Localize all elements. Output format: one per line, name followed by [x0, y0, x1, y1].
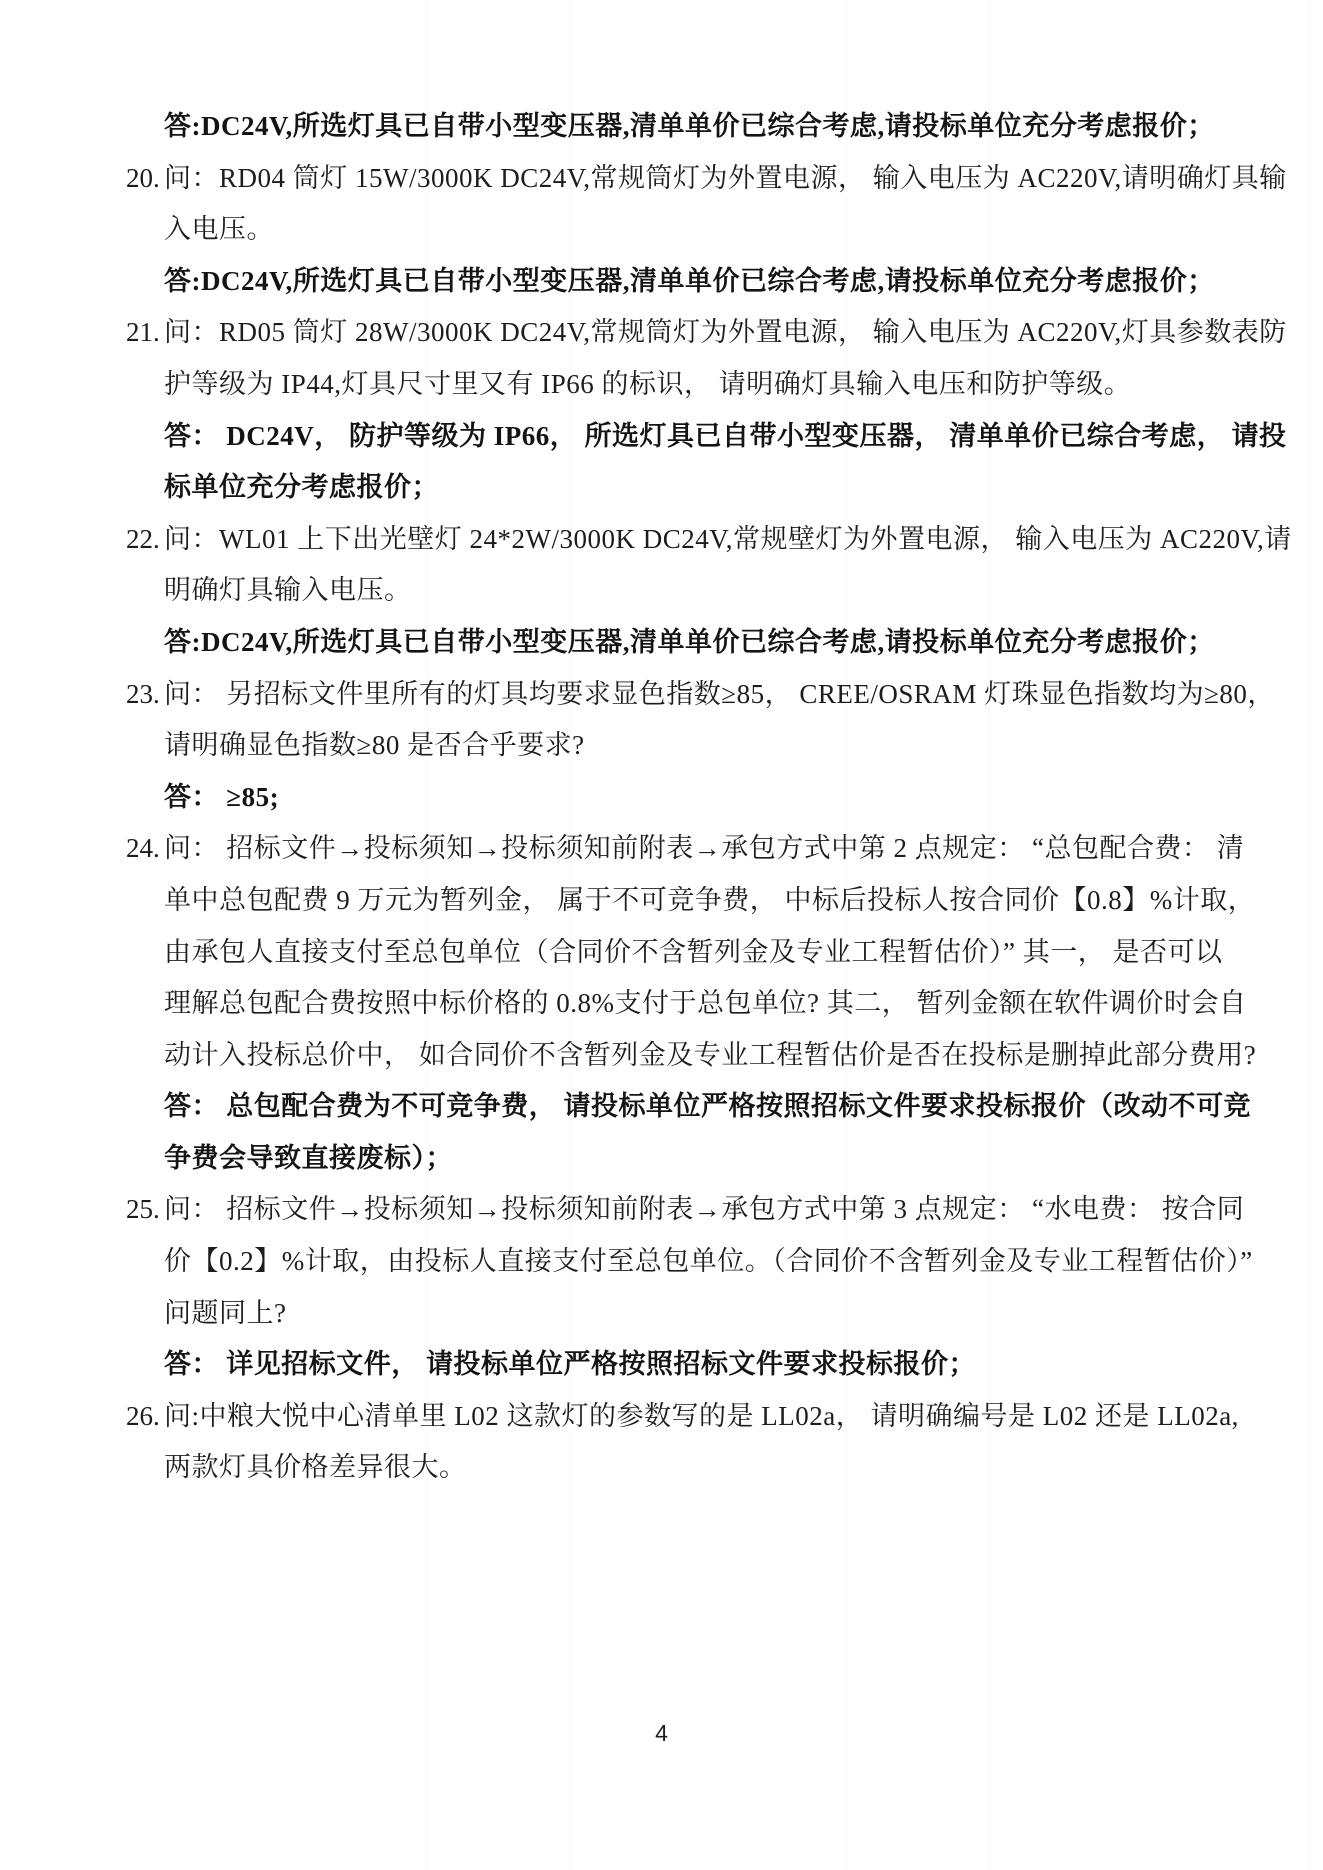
line-text: 答： 详见招标文件， 请投标单位严格按照招标文件要求投标报价； [164, 1349, 976, 1379]
line-text: 动计入投标总价中， 如合同价不含暂列金及专业工程暂估价是否在投标是删掉此部分费用… [164, 1040, 1256, 1070]
line-text: 问： 招标文件→投标须知→投标须知前附表→承包方式中第 3 点规定： “水电费：… [164, 1194, 1244, 1224]
document-line: 入电压。 [164, 204, 1292, 256]
document-lines: 答:DC24V,所选灯具已自带小型变压器,清单单价已综合考虑,请投标单位充分考虑… [0, 101, 1292, 1494]
line-item-number: 21. [126, 307, 160, 359]
document-line: 动计入投标总价中， 如合同价不含暂列金及专业工程暂估价是否在投标是删掉此部分费用… [164, 1030, 1292, 1082]
line-item-number: 22. [126, 514, 160, 566]
line-text: 问： 另招标文件里所有的灯具均要求显色指数≥85， CREE/OSRAM 灯珠显… [164, 679, 1275, 709]
document-line: 答:DC24V,所选灯具已自带小型变压器,清单单价已综合考虑,请投标单位充分考虑… [164, 101, 1292, 153]
page-number: 4 [0, 1720, 1323, 1747]
line-text: 由承包人直接支付至总包单位（合同价不含暂列金及专业工程暂估价）” 其一， 是否可… [164, 937, 1222, 967]
line-item-number: 20. [126, 153, 160, 205]
document-line: 争费会导致直接废标）； [164, 1133, 1292, 1185]
document-line: 答:DC24V,所选灯具已自带小型变压器,清单单价已综合考虑,请投标单位充分考虑… [164, 256, 1292, 308]
line-text: 理解总包配合费按照中标价格的 0.8%支付于总包单位? 其二， 暂列金额在软件调… [164, 988, 1246, 1018]
document-line: 26. 问:中粮大悦中心清单里 L02 这款灯的参数写的是 LL02a， 请明确… [164, 1391, 1292, 1443]
line-text: 请明确显色指数≥80 是否合乎要求? [164, 730, 585, 760]
line-text: 护等级为 IP44,灯具尺寸里又有 IP66 的标识， 请明确灯具输入电压和防护… [164, 369, 1131, 399]
document-line: 25. 问： 招标文件→投标须知→投标须知前附表→承包方式中第 3 点规定： “… [164, 1184, 1292, 1236]
document-line: 价【0.2】%计取，由投标人直接支付至总包单位。（合同价不含暂列金及专业工程暂估… [164, 1236, 1292, 1288]
line-text: 答:DC24V,所选灯具已自带小型变压器,清单单价已综合考虑,请投标单位充分考虑… [164, 111, 1215, 141]
line-item-number: 23. [126, 669, 160, 721]
document-line: 答： 总包配合费为不可竞争费， 请投标单位严格按照招标文件要求投标报价（改动不可… [164, 1081, 1292, 1133]
document-line: 答:DC24V,所选灯具已自带小型变压器,清单单价已综合考虑,请投标单位充分考虑… [164, 617, 1292, 669]
line-text: 标单位充分考虑报价； [164, 472, 439, 502]
line-text: 问：RD05 筒灯 28W/3000K DC24V,常规筒灯为外置电源， 输入电… [164, 317, 1287, 347]
document-line: 两款灯具价格差异很大。 [164, 1442, 1292, 1494]
document-line: 由承包人直接支付至总包单位（合同价不含暂列金及专业工程暂估价）” 其一， 是否可… [164, 927, 1292, 979]
line-text: 问:中粮大悦中心清单里 L02 这款灯的参数写的是 LL02a， 请明确编号是 … [164, 1401, 1239, 1431]
document-line: 23. 问： 另招标文件里所有的灯具均要求显色指数≥85， CREE/OSRAM… [164, 669, 1292, 721]
line-item-number: 25. [126, 1184, 160, 1236]
document-line: 答： ≥85; [164, 772, 1292, 824]
document-line: 22. 问：WL01 上下出光壁灯 24*2W/3000K DC24V,常规壁灯… [164, 514, 1292, 566]
line-item-number: 24. [126, 823, 160, 875]
document-line: 护等级为 IP44,灯具尺寸里又有 IP66 的标识， 请明确灯具输入电压和防护… [164, 359, 1292, 411]
document-line: 20. 问：RD04 筒灯 15W/3000K DC24V,常规筒灯为外置电源，… [164, 153, 1292, 205]
line-text: 入电压。 [164, 214, 274, 244]
line-text: 两款灯具价格差异很大。 [164, 1452, 467, 1482]
document-line: 理解总包配合费按照中标价格的 0.8%支付于总包单位? 其二， 暂列金额在软件调… [164, 978, 1292, 1030]
document-line: 单中总包配费 9 万元为暂列金， 属于不可竞争费， 中标后投标人按合同价【0.8… [164, 875, 1292, 927]
document-line: 24. 问： 招标文件→投标须知→投标须知前附表→承包方式中第 2 点规定： “… [164, 823, 1292, 875]
document-line: 问题同上? [164, 1288, 1292, 1340]
line-text: 答： 总包配合费为不可竞争费， 请投标单位严格按照招标文件要求投标报价（改动不可… [164, 1091, 1251, 1121]
line-text: 答： ≥85; [164, 782, 279, 812]
scanned-document-page: 答:DC24V,所选灯具已自带小型变压器,清单单价已综合考虑,请投标单位充分考虑… [0, 0, 1323, 1870]
document-line: 明确灯具输入电压。 [164, 565, 1292, 617]
document-line: 答： DC24V， 防护等级为 IP66， 所选灯具已自带小型变压器， 清单单价… [164, 411, 1292, 463]
line-text: 问：RD04 筒灯 15W/3000K DC24V,常规筒灯为外置电源， 输入电… [164, 163, 1287, 193]
line-text: 争费会导致直接废标）； [164, 1143, 453, 1173]
line-text: 问题同上? [164, 1298, 286, 1328]
line-text: 答： DC24V， 防护等级为 IP66， 所选灯具已自带小型变压器， 清单单价… [164, 421, 1287, 451]
line-text: 答:DC24V,所选灯具已自带小型变压器,清单单价已综合考虑,请投标单位充分考虑… [164, 266, 1215, 296]
line-text: 明确灯具输入电压。 [164, 575, 412, 605]
line-text: 单中总包配费 9 万元为暂列金， 属于不可竞争费， 中标后投标人按合同价【0.8… [164, 885, 1255, 915]
line-text: 答:DC24V,所选灯具已自带小型变压器,清单单价已综合考虑,请投标单位充分考虑… [164, 627, 1215, 657]
line-text: 问：WL01 上下出光壁灯 24*2W/3000K DC24V,常规壁灯为外置电… [164, 524, 1292, 554]
line-text: 问： 招标文件→投标须知→投标须知前附表→承包方式中第 2 点规定： “总包配合… [164, 833, 1244, 863]
document-line: 21. 问：RD05 筒灯 28W/3000K DC24V,常规筒灯为外置电源，… [164, 307, 1292, 359]
document-line: 答： 详见招标文件， 请投标单位严格按照招标文件要求投标报价； [164, 1339, 1292, 1391]
line-item-number: 26. [126, 1391, 160, 1443]
document-line: 标单位充分考虑报价； [164, 462, 1292, 514]
line-text: 价【0.2】%计取，由投标人直接支付至总包单位。（合同价不含暂列金及专业工程暂估… [164, 1246, 1253, 1276]
document-line: 请明确显色指数≥80 是否合乎要求? [164, 720, 1292, 772]
